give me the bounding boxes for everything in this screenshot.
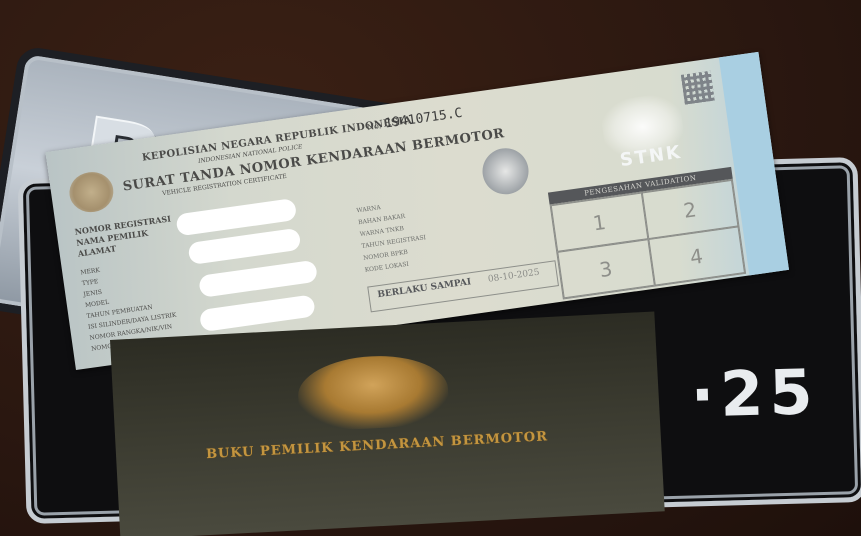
vehicle-detail-labels: WARNA BAHAN BAKAR WARNA TNKB TAHUN REGIS… — [356, 196, 430, 276]
photo-scene: B 682 ·25 KEPOLISIAN NEGARA REPUBLIK IND… — [0, 0, 861, 536]
police-emblem-icon — [67, 169, 116, 215]
serial-prefix: No. — [366, 121, 381, 132]
bpkb-title: BUKU PEMILIK KENDARAAN BERMOTOR — [206, 429, 549, 462]
redaction-mark — [199, 294, 316, 332]
bpkb-book: BUKU PEMILIK KENDARAAN BERMOTOR — [110, 311, 665, 536]
qr-code-icon — [681, 71, 715, 105]
hologram-seal-icon — [480, 145, 532, 197]
police-crest-icon — [296, 352, 450, 432]
valid-until-label: BERLAKU SAMPAI — [377, 277, 472, 300]
validation-table: PENGESAHAN VALIDATION 1 2 3 4 — [548, 167, 746, 300]
redaction-mark — [187, 228, 301, 265]
plate-expiry-code: ·25 — [690, 355, 820, 431]
owner-field-labels: NOMOR REGISTRASI NAMA PEMILIK ALAMAT MER… — [74, 213, 188, 354]
valid-until-value: 08-10-2025 — [487, 268, 540, 285]
serial-number: 19410715.C — [384, 106, 464, 132]
redaction-mark — [198, 260, 318, 298]
